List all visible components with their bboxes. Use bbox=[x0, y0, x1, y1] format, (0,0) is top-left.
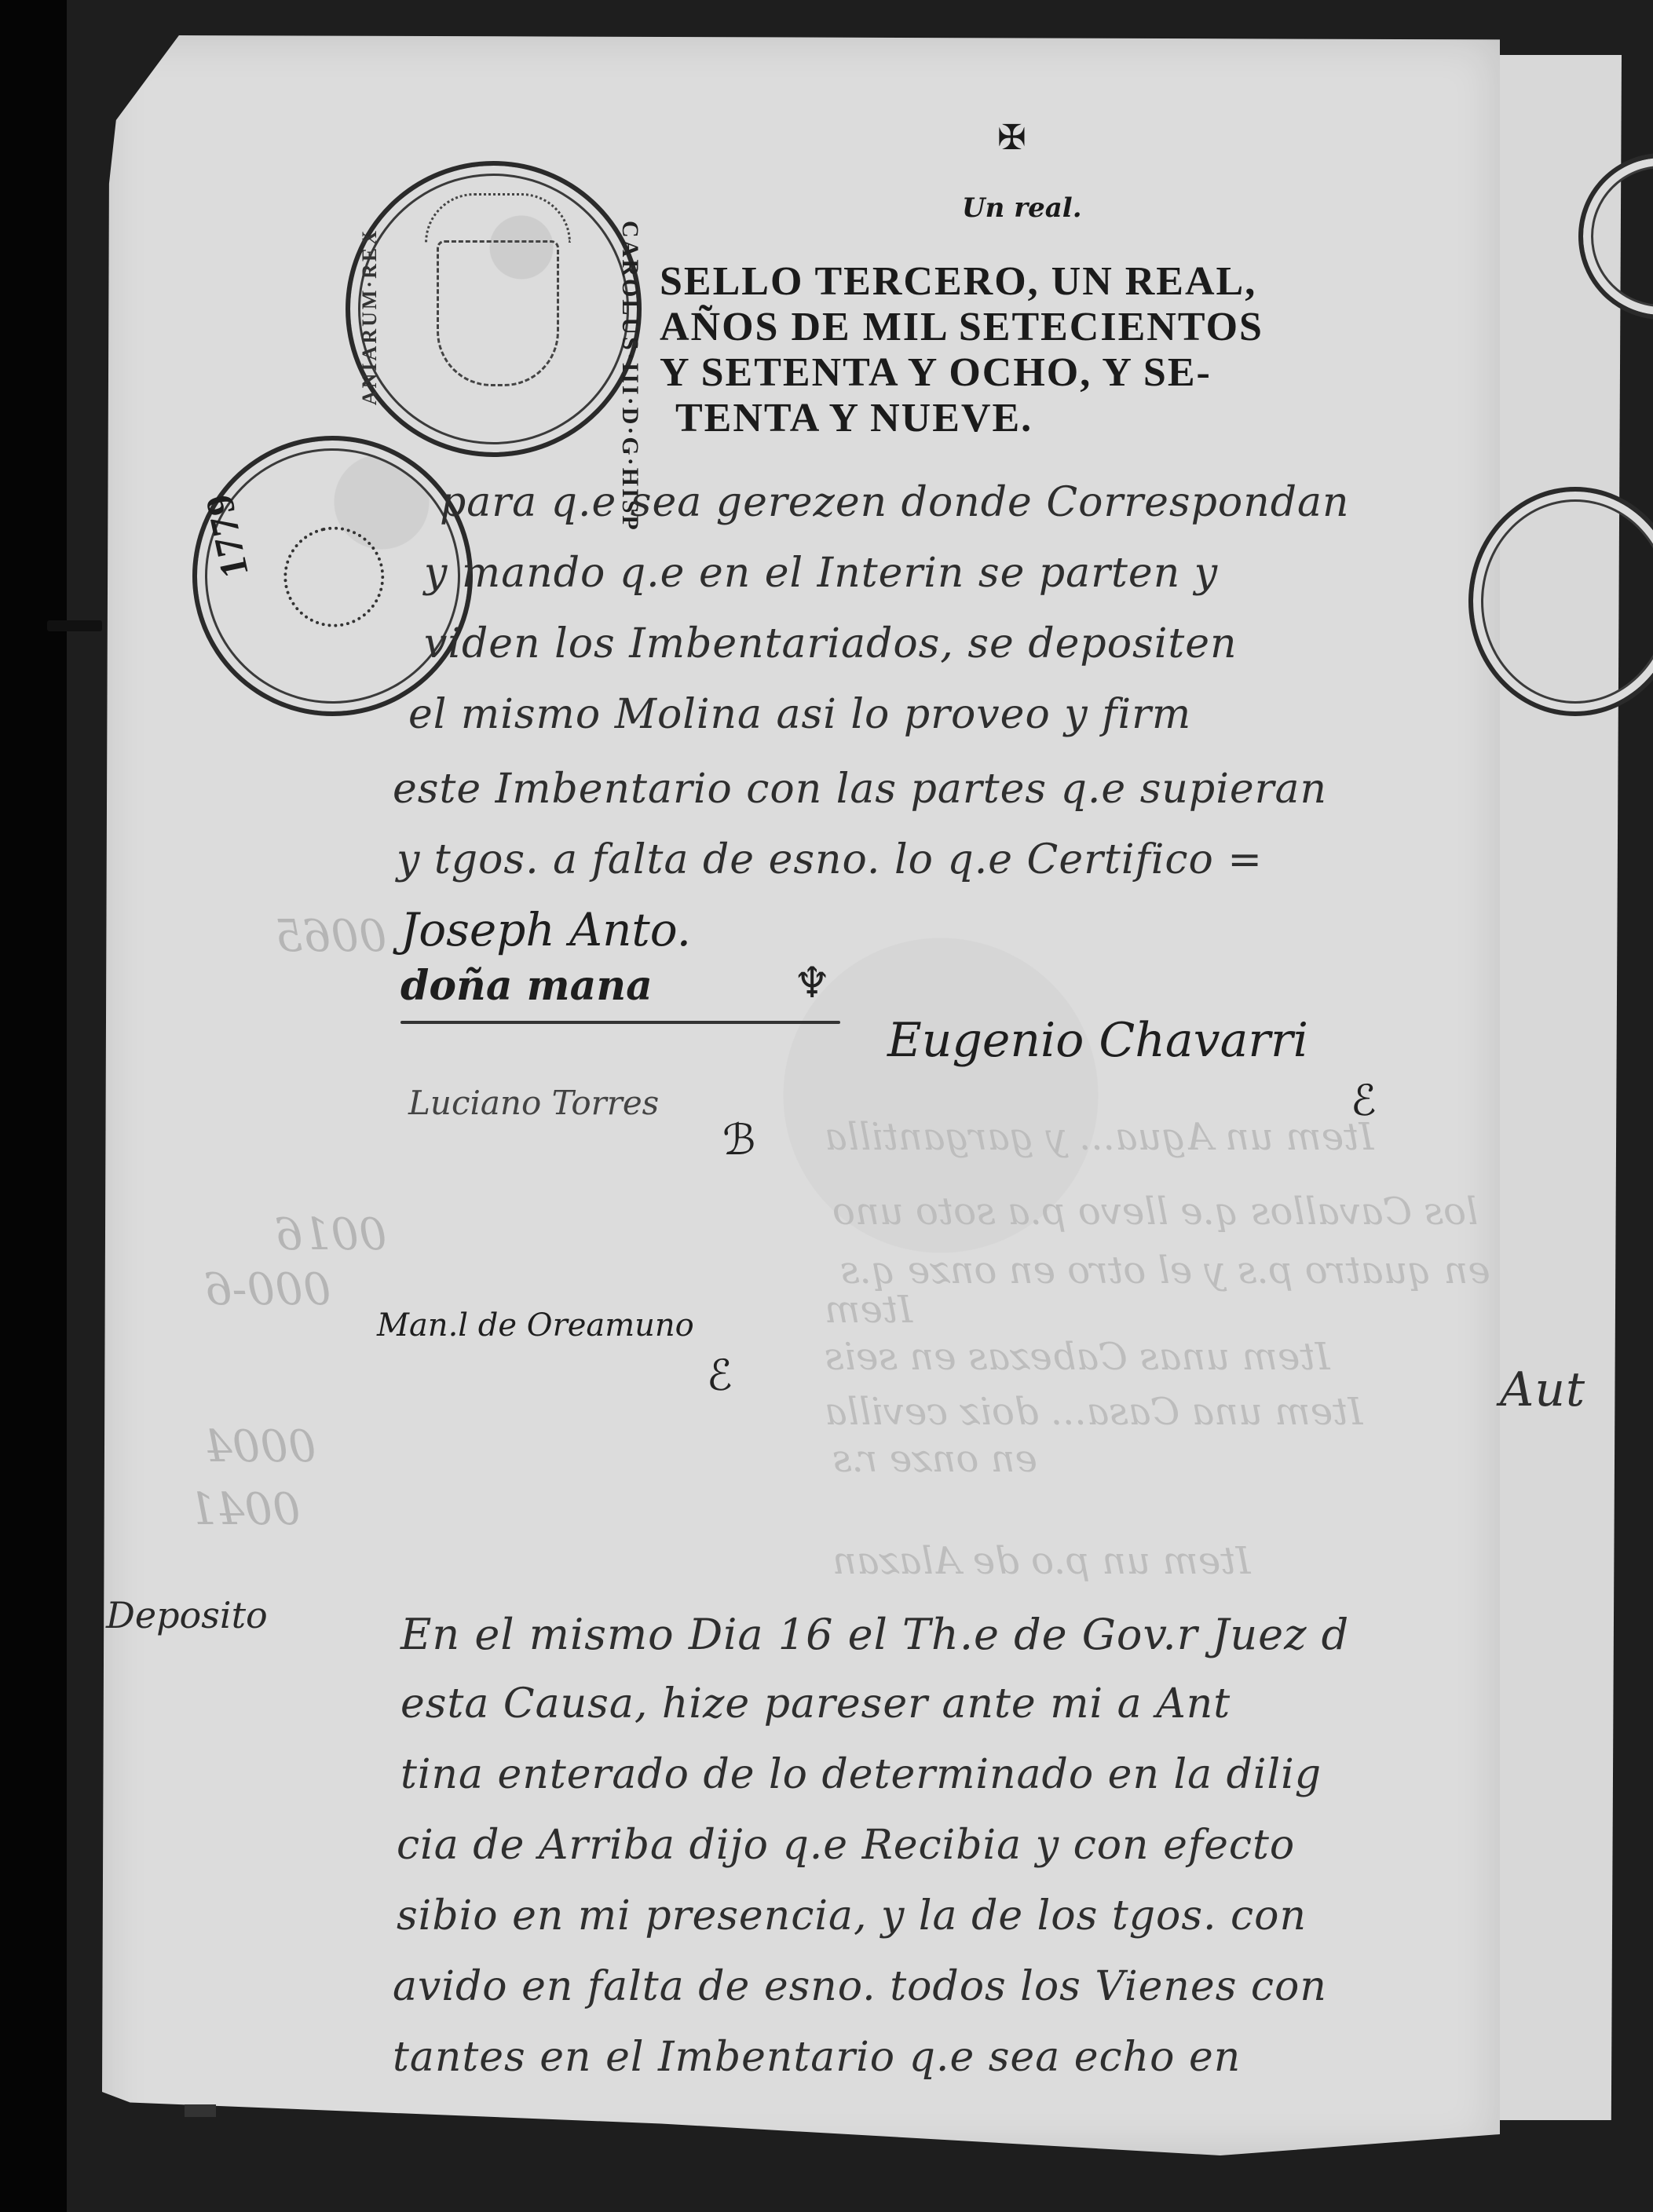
stamped-paper-heading: Sello tercero, un real, años de mil sete… bbox=[660, 259, 1421, 441]
seal-legend: ANIARUM·REX bbox=[358, 229, 382, 405]
bleed-through-line: en onze r.s bbox=[832, 1437, 1037, 1481]
seal-line: tenta y nueve. bbox=[660, 396, 1421, 441]
crown-icon bbox=[425, 193, 571, 243]
bleed-ledger-value: 0016 bbox=[275, 1209, 387, 1260]
manuscript-line: tina enterado de lo determinado en la di… bbox=[400, 1751, 1322, 1798]
bleed-through-line: Item unas Cabezas en seis bbox=[825, 1335, 1330, 1379]
manuscript-line: y tgos. a falta de esno. lo q.e Certific… bbox=[397, 836, 1263, 883]
binder-clip bbox=[47, 620, 102, 631]
manuscript-line: tantes en el Imbentario q.e sea echo en bbox=[393, 2034, 1241, 2081]
seal-line: Sello tercero, un real, bbox=[660, 259, 1421, 305]
manuscript-line: avido en falta de esno. todos los Vienes… bbox=[393, 1963, 1327, 2010]
archive-tag bbox=[185, 2104, 216, 2117]
manuscript-line: el mismo Molina asi lo proveo y firm bbox=[408, 691, 1191, 738]
bleed-ledger-value: 0041 bbox=[188, 1484, 301, 1535]
manuscript-line: cia de Arriba dijo q.e Recibia y con efe… bbox=[397, 1822, 1295, 1869]
manuscript-line: y mando q.e en el Interin se parten y bbox=[424, 550, 1218, 597]
rubric-flourish-icon: ℰ bbox=[1351, 1076, 1377, 1125]
signature-eugenio: Eugenio Chavarri bbox=[887, 1013, 1308, 1068]
manuscript-line: esta Causa, hize pareser ante mi a Ant bbox=[400, 1680, 1231, 1728]
royal-coat-of-arms-seal: CAROLUS·III·D·G·HISP ANIARUM·REX bbox=[346, 161, 642, 457]
signature-oreamuno: Man.l de Oreamuno bbox=[377, 1307, 694, 1344]
facing-page bbox=[1492, 55, 1622, 2120]
denomination-label: Un real. bbox=[962, 192, 1082, 224]
signature-underline bbox=[400, 1021, 840, 1024]
margin-note-deposito: Deposito bbox=[106, 1594, 268, 1636]
manuscript-line: viden los Imbentariados, se depositen bbox=[424, 620, 1238, 667]
facing-page-text: Aut bbox=[1500, 1362, 1585, 1417]
bleed-through-line: Item un Agua... y gargantilla bbox=[825, 1115, 1373, 1159]
bleed-through-line: en quatro p.s y el otro en onze q.s bbox=[840, 1249, 1490, 1292]
bleed-through-line: los Cavallos q.e llevo p.a soto uno bbox=[832, 1190, 1478, 1234]
signature-joseph-line2: doña mana bbox=[400, 962, 653, 1010]
shield-icon bbox=[437, 240, 559, 386]
signature-joseph: Joseph Anto. bbox=[400, 903, 691, 956]
bleed-ledger-value: 000-6 bbox=[204, 1264, 331, 1315]
bleed-through-line: Item bbox=[825, 1288, 912, 1332]
bleed-through-line: Item un p.o de Alazan bbox=[832, 1539, 1251, 1583]
seal-line: años de mil setecientos bbox=[660, 305, 1421, 350]
bleed-ledger-value: 0004 bbox=[204, 1421, 316, 1472]
bleed-through-line: Item una Casa... doiz cevilla bbox=[825, 1390, 1362, 1434]
manuscript-line: En el mismo Dia 16 el Th.e de Gov.r Juez… bbox=[400, 1610, 1349, 1659]
cross-icon: ✠ bbox=[997, 118, 1026, 158]
manuscript-line: este Imbentario con las partes q.e supie… bbox=[393, 766, 1327, 813]
signature-luciano: Luciano Torres bbox=[408, 1084, 659, 1122]
seal-ornament-icon bbox=[274, 517, 393, 637]
rubric-flourish-icon: ♆ bbox=[793, 958, 831, 1007]
bleed-ledger-value: 0065 bbox=[275, 911, 387, 962]
manuscript-line: para q.e sea gerezen donde Correspondan bbox=[440, 479, 1349, 526]
seal-line: y setenta y ocho, y se- bbox=[660, 350, 1421, 396]
rubric-flourish-icon: ℰ bbox=[707, 1351, 733, 1400]
manuscript-line: sibio en mi presencia, y la de los tgos.… bbox=[397, 1892, 1307, 1940]
rubric-flourish-icon: ℬ bbox=[722, 1115, 755, 1164]
seal-year: 1779 bbox=[196, 489, 258, 582]
